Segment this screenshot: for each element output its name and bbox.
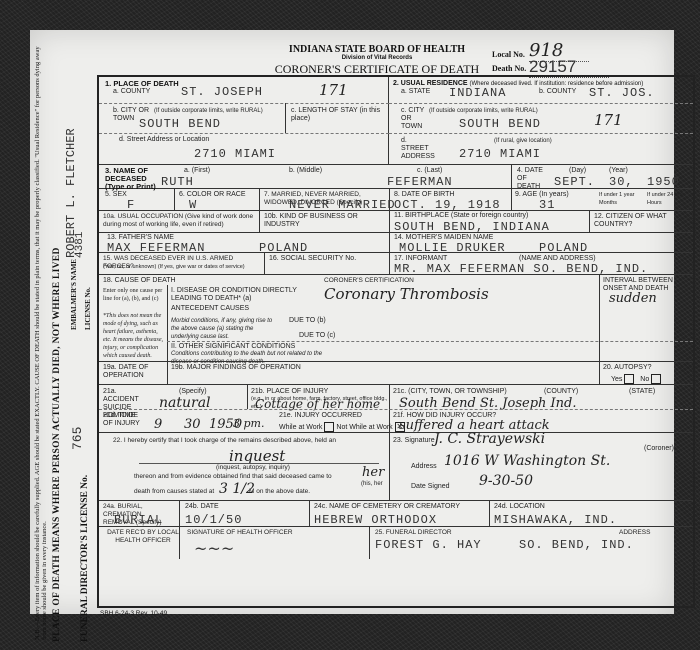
date-of-birth: OCT. 19, 1918 xyxy=(394,198,501,212)
res-county: ST. JOS. xyxy=(589,86,655,100)
disease: Coronary Thrombosis xyxy=(324,285,489,303)
dod-month: SEPT. xyxy=(554,175,595,189)
burial-row: 24a. BURIAL, CREMATION, REMOVAL (Specify… xyxy=(99,501,693,527)
cemetery-label: 24c. NAME OF CEMETERY OR CREMATORY xyxy=(314,503,460,511)
disease-label: I. DISEASE OR CONDITION DIRECTLY LEADING… xyxy=(171,287,301,303)
coroner-signature: J. C. Strayewski xyxy=(434,431,545,447)
funeral-address: SO. BEND, IND. xyxy=(519,538,634,552)
dod-day: 30, xyxy=(609,175,634,189)
certify-pronoun: her xyxy=(362,465,384,480)
birthplace: SOUTH BEND, INDIANA xyxy=(394,220,550,234)
left-margin: N.B.—Every item of information should be… xyxy=(30,30,96,650)
sex: F xyxy=(127,198,135,212)
coroner-certification-label: CORONER'S CERTIFICATION xyxy=(324,277,414,285)
sex-label: 5. SEX xyxy=(105,191,127,199)
res-state-label: a. STATE xyxy=(401,88,430,96)
pod-city: SOUTH BEND xyxy=(139,117,221,131)
date-signed: 9-30-50 xyxy=(479,473,533,489)
res-city-code: 171 xyxy=(594,111,623,129)
res-street: 2710 MIAMI xyxy=(459,147,541,161)
certify-text-2: thereon and from evidence obtained find … xyxy=(134,473,332,481)
pod-county-code: 171 xyxy=(319,81,348,99)
armed-forces-hint: (Yes, no, or unknown) (If yes, give war … xyxy=(103,263,263,271)
race: W xyxy=(189,198,197,212)
burial-date-label: 24b. DATE xyxy=(185,503,219,511)
last-name: FEFERMAN xyxy=(387,175,453,189)
ssn-label: 16. SOCIAL SECURITY No. xyxy=(269,255,356,263)
morbid-label: Morbid conditions, if any, giving rise t… xyxy=(171,317,281,341)
footer-row: DATE REC'D BY LOCAL HEALTH OFFICER SIGNA… xyxy=(99,527,693,559)
embalmer-license-label: LICENSE No. xyxy=(84,287,92,330)
cause-instruction: Enter only one cause per line for (a), (… xyxy=(103,287,165,303)
place-of-death-label: 1. PLACE OF DEATH xyxy=(105,80,179,88)
middle-label: b. (Middle) xyxy=(289,167,322,175)
due-to-c-label: DUE TO (c) xyxy=(299,332,335,340)
while-at-work-label: While at Work xyxy=(279,424,322,431)
parents-row: 13. FATHER'S NAME MAX FEFERMAN POLAND 14… xyxy=(99,233,693,253)
margin-note: N.B.—Every item of information should be… xyxy=(34,40,48,640)
name-label: 3. NAME OF DECEASED (Type or Print) xyxy=(105,167,165,191)
last-label: c. (Last) xyxy=(417,167,442,175)
autopsy-no-checkbox[interactable] xyxy=(651,374,661,384)
due-to-b-label: DUE TO (b) xyxy=(289,317,326,325)
pod-street: 2710 MIAMI xyxy=(194,147,276,161)
res-city-label: c. CITY OR TOWN xyxy=(401,107,431,131)
certificate-form: 1. PLACE OF DEATH a. COUNTY ST. JOSEPH 1… xyxy=(97,75,695,608)
certification-section: 22. I hereby certify that I took charge … xyxy=(99,433,693,501)
injury-occurred-label: 21e. INJURY OCCURRED xyxy=(279,412,362,420)
autopsy-yes-checkbox[interactable] xyxy=(624,374,634,384)
address-label: Address xyxy=(411,463,437,471)
res-city: SOUTH BEND xyxy=(459,117,541,131)
health-officer-label: SIGNATURE OF HEALTH OFFICER xyxy=(187,529,293,537)
division-name: Division of Vital Records xyxy=(247,55,507,61)
pod-county-label: a. COUNTY xyxy=(113,88,150,96)
funeral-license: 765 xyxy=(70,427,85,450)
funeral-license-label: FUNERAL DIRECTOR'S LICENSE No. xyxy=(80,475,90,642)
injury-county-label: (COUNTY) xyxy=(544,388,578,396)
name-row: 3. NAME OF DECEASED (Type or Print) a. (… xyxy=(99,165,693,189)
while-at-work-checkbox[interactable] xyxy=(324,422,334,432)
first-name: RUTH xyxy=(161,175,194,189)
certify-pronoun-hint: (his, her xyxy=(361,480,383,488)
certify-text-3a: death from causes stated at xyxy=(134,488,214,496)
embalmer-label: EMBALMER'S NAME xyxy=(70,259,78,330)
local-no-label: Local No. xyxy=(492,50,525,59)
coroner-address: 1016 W Washington St. xyxy=(444,453,610,469)
health-officer-signature: ~~~ xyxy=(194,539,234,558)
injury-location-label: 21c. (CITY, TOWN, OR TOWNSHIP) xyxy=(393,388,507,396)
business-label: 10b. KIND OF BUSINESS OR INDUSTRY xyxy=(264,213,384,229)
occupation-row: 10a. USUAL OCCUPATION (Give kind of work… xyxy=(99,211,693,233)
coroner-label: (Coroner) xyxy=(644,445,674,453)
res-street-label: d. STREET ADDRESS xyxy=(401,137,436,161)
certificate-header: INDIANA STATE BOARD OF HEALTH Division o… xyxy=(97,40,695,76)
dod-year-label: (Year) xyxy=(609,167,628,175)
burial-type: BURIAL xyxy=(114,513,163,527)
dod-year: 1950 xyxy=(647,175,680,189)
funeral-director-label: 25. FUNERAL DIRECTOR xyxy=(375,529,452,537)
cemetery: HEBREW ORTHODOX xyxy=(314,513,437,527)
burial-location: MISHAWAKA, IND. xyxy=(494,513,617,527)
birthplace-label: 11. BIRTHPLACE (State or foreign country… xyxy=(394,212,528,220)
place-of-death-section: 1. PLACE OF DEATH a. COUNTY ST. JOSEPH 1… xyxy=(99,77,389,165)
injury-month: 9 xyxy=(154,417,162,432)
embalmer-license: 4381 xyxy=(74,232,86,258)
signature-label: 23. Signature xyxy=(393,437,435,445)
burial-location-label: 24d. LOCATION xyxy=(494,503,545,511)
place-notice: PLACE OF DEATH MEANS WHERE PERSON ACTUAL… xyxy=(52,247,62,642)
autopsy-no-label: No xyxy=(640,376,649,383)
age-hours-label: If under 24 hrs Hours xyxy=(647,191,692,207)
age-months-label: If under 1 year Months xyxy=(599,191,639,207)
operation-findings-label: 19b. MAJOR FINDINGS OF OPERATION xyxy=(171,364,301,372)
informant-row: 15. WAS DECEASED EVER IN U.S. ARMED FORC… xyxy=(99,253,693,275)
interval: sudden xyxy=(609,291,657,306)
form-code: SBH 6-24-3 Rev. 10-49 xyxy=(100,610,167,617)
funeral-director: FOREST G. HAY xyxy=(375,538,482,552)
residence-section: 2. USUAL RESIDENCE (Where deceased lived… xyxy=(389,77,693,165)
operation-date-label: 19a. DATE OF OPERATION xyxy=(103,364,167,380)
first-label: a. (First) xyxy=(184,167,210,175)
death-no-label: Death No. xyxy=(492,64,526,73)
res-state: INDIANA xyxy=(449,86,506,100)
date-signed-label: Date Signed xyxy=(411,483,450,491)
res-county-label: b. COUNTY xyxy=(539,88,576,96)
board-name: INDIANA STATE BOARD OF HEALTH xyxy=(247,44,507,55)
age: 31 xyxy=(539,198,555,212)
antecedent-label: ANTECEDENT CAUSES xyxy=(171,305,249,313)
vitals-row: 5. SEX F 6. COLOR OR RACE W 7. MARRIED, … xyxy=(99,189,693,211)
cause-note: *This does not mean the mode of dying, s… xyxy=(103,312,165,360)
dod-day-label: (Day) xyxy=(569,167,586,175)
cause-label: 18. CAUSE OF DEATH xyxy=(103,277,176,285)
marital-status: NEVER MARRIED xyxy=(289,198,396,212)
certify-text-1: 22. I hereby certify that I took charge … xyxy=(113,437,336,445)
autopsy-label: 20. AUTOPSY? xyxy=(603,364,652,372)
autopsy-yes-label: Yes xyxy=(611,376,622,383)
pod-street-label: d. Street Address or Location xyxy=(119,136,209,144)
injury-time-label: 21d. TIME OF INJURY xyxy=(103,412,143,428)
dod-label: 4. DATE OF DEATH xyxy=(517,167,547,191)
injury-hour: 3 pm. xyxy=(233,417,264,430)
burial-date: 10/1/50 xyxy=(185,513,242,527)
res-street-hint: (If rural, give location) xyxy=(494,137,552,145)
injury-state-label: (STATE) xyxy=(629,388,655,396)
cause-of-death-section: 18. CAUSE OF DEATH Enter only one cause … xyxy=(99,275,693,385)
certify-text-3b: M on the above date. xyxy=(249,488,310,496)
pod-stay-label: c. LENGTH OF STAY (in this place) xyxy=(291,107,386,123)
occupation-label: 10a. USUAL OCCUPATION (Give kind of work… xyxy=(103,213,258,229)
date-recd-label: DATE REC'D BY LOCAL HEALTH OFFICER xyxy=(103,529,183,545)
injury-section: 21a. ACCIDENT SUICIDE HOMICIDE (Specify)… xyxy=(99,385,693,433)
certify-held-hint: (inquest, autopsy, inquiry) xyxy=(216,464,290,472)
pod-county: ST. JOSEPH xyxy=(181,85,263,99)
res-city-hint: (If outside corporate limits, write RURA… xyxy=(429,107,538,115)
not-while-at-work-label: Not While at Work xyxy=(336,424,392,431)
funeral-address-label: ADDRESS xyxy=(619,529,650,537)
citizen-label: 12. CITIZEN OF WHAT COUNTRY? xyxy=(594,213,689,229)
injury-day: 30 xyxy=(184,417,201,432)
informant: MR. MAX FEFERMAN SO. BEND, IND. xyxy=(394,262,648,276)
pod-city-hint: (If outside corporate limits, write RURA… xyxy=(154,107,263,115)
